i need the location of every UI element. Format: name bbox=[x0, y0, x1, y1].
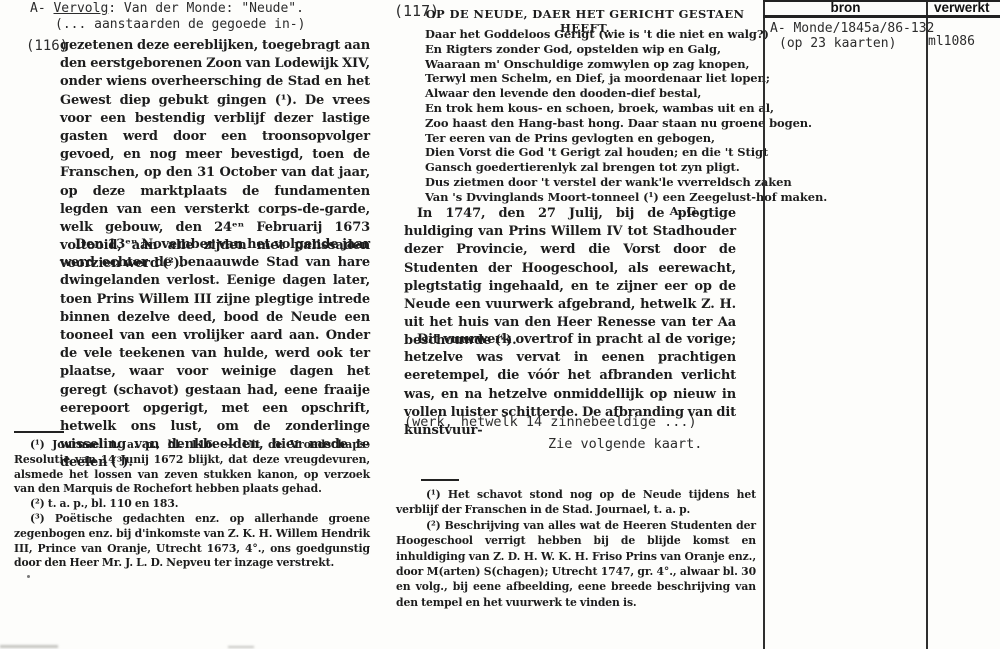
scan-artifact bbox=[228, 646, 254, 648]
typed-continuation: (werk, hetwelk 14 zinnebeeldige ...) bbox=[404, 414, 697, 430]
poem-line: En trok hem kous- en schoen, broek, wamb… bbox=[425, 101, 827, 116]
poem-line: Van 's Dvvinglands Moort-tonneel (¹) een… bbox=[425, 190, 827, 205]
right-footnote-1: (¹) Het schavot stond nog op de Neude ti… bbox=[396, 487, 756, 518]
right-footnotes: (¹) Het schavot stond nog op de Neude ti… bbox=[396, 487, 756, 610]
typed-annotation-line2: (... aanstaarden de gegoede in-) bbox=[55, 17, 305, 32]
poem-line: Ter eeren van de Prins gevlogten en gebo… bbox=[425, 131, 827, 146]
annotation-underlined-word: Vervolg bbox=[53, 1, 108, 16]
left-footnote-rule bbox=[14, 431, 64, 433]
annotation-rest: : Van der Monde: "Neude". bbox=[108, 1, 304, 16]
register-bron-value-line1: A- Monde/1845a/86-132 bbox=[770, 21, 934, 36]
left-footnote-2: (²) t. a. p., bl. 110 en 183. bbox=[14, 497, 370, 512]
poem-line: Zoo haast den Hang-bast hong. Daar staan… bbox=[425, 116, 827, 131]
right-footnote-rule bbox=[421, 479, 459, 481]
poem: Daar het Goddeloos Gerigt (wie is 't die… bbox=[425, 27, 827, 205]
left-footnotes: (¹) Journael t. a. p., bl. 116. — Uit de… bbox=[14, 438, 370, 571]
poem-line: Waaraan m' Onschuldige zomwylen op zag k… bbox=[425, 57, 827, 72]
scan-artifact bbox=[0, 645, 58, 648]
left-footnote-3: (³) Poëtische gedachten enz. op allerhan… bbox=[14, 512, 370, 571]
right-paragraph-1: In 1747, den 27 Julij, bij de plegtige h… bbox=[404, 205, 736, 351]
typed-annotation-line1: A- Vervolg: Van der Monde: "Neude". bbox=[30, 1, 304, 16]
right-footnote-2: (²) Beschrijving van alles wat de Heeren… bbox=[396, 518, 756, 610]
register-table-column-divider bbox=[926, 0, 928, 649]
register-header-bron: bron bbox=[765, 0, 926, 15]
poem-line: En Rigters zonder God, opstelden wip en … bbox=[425, 42, 827, 57]
annotation-prefix: A- bbox=[30, 1, 53, 16]
typed-note: Zie volgende kaart. bbox=[548, 436, 702, 452]
poem-line: Terwyl men Schelm, en Dief, ja moordenaa… bbox=[425, 71, 827, 86]
poem-line: Dus zietmen door 't verstel der wank'le … bbox=[425, 175, 827, 190]
scan-speck bbox=[27, 575, 30, 578]
poem-line: Daar het Goddeloos Gerigt (wie is 't die… bbox=[425, 27, 827, 42]
register-table-left-border bbox=[763, 0, 765, 649]
scanned-document-card: { "left": { "annotation": { "prefix": "A… bbox=[0, 0, 1000, 649]
poem-line: Gansch goedertierenlyk zal brengen tot z… bbox=[425, 160, 827, 175]
register-verwerkt-value: ml1086 bbox=[928, 34, 975, 49]
left-footnote-1: (¹) Journael t. a. p., bl. 116. — Uit de… bbox=[14, 438, 370, 497]
poem-line: Alwaar den levende den dooden-dief besta… bbox=[425, 86, 827, 101]
poem-line: Dien Vorst die God 't Gerigt zal houden;… bbox=[425, 145, 827, 160]
register-header-verwerkt: verwerkt bbox=[934, 0, 990, 15]
register-bron-value-line2: (op 23 kaarten) bbox=[779, 36, 896, 51]
register-header-underline bbox=[763, 15, 1000, 18]
